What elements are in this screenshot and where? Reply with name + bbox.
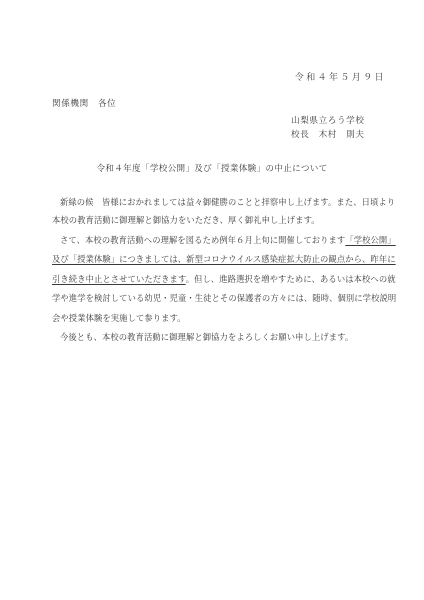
underlined-text: 及び「授業体験」につきましては、新型コロナウイルス感染症拡大防止の観点から、昨年… (52, 254, 396, 264)
document-date: 令和４年５月９日 (295, 73, 386, 84)
sender-organization: 山梨県立ろう学校 (291, 116, 365, 127)
body-line: 会や授業体験を実施して参ります。 (52, 313, 186, 324)
paragraph-text: 学や進学を検討している幼児・児童・生徒とその保護者の方々には、随時、個別に学校説… (52, 293, 396, 303)
body-line: 学や進学を検討している幼児・児童・生徒とその保護者の方々には、随時、個別に学校説… (52, 293, 396, 304)
body-line: 新緑の候 皆様におかれましては益々御健勝のことと拝察申し上げます。また、日頃より (60, 197, 395, 208)
sender-name: 校長 木村 則夫 (291, 130, 365, 141)
underlined-text: 引き続き中止とさせていただきます (52, 274, 186, 284)
recipient-line: 関係機関 各位 (52, 99, 116, 110)
body-line: 今後とも、本校の教育活動に御理解と御協力をよろしくお願い申し上げます。 (60, 332, 353, 343)
paragraph-text: 。但し、進路選択を増やすために、あるいは本校への就 (186, 274, 396, 284)
paragraph-text: 今後とも、本校の教育活動に御理解と御協力をよろしくお願い申し上げます。 (60, 332, 353, 342)
underlined-text: 「学校公開」 (345, 235, 395, 245)
paragraph-text: 本校の教育活動に御理解と御協力をいただき、厚く御礼申し上げます。 (52, 215, 320, 225)
body-line: 本校の教育活動に御理解と御協力をいただき、厚く御礼申し上げます。 (52, 215, 320, 226)
body-line: さて、本校の教育活動への理解を図るため例年６月上旬に開催しております「学校公開」 (60, 235, 396, 246)
document-page: 令和４年５月９日 関係機関 各位 山梨県立ろう学校 校長 木村 則夫 令和４年度… (0, 0, 424, 600)
paragraph-text: 新緑の候 皆様におかれましては益々御健勝のことと拝察申し上げます。また、日頃より (60, 197, 395, 207)
paragraph-text: さて、本校の教育活動への理解を図るため例年６月上旬に開催しております (60, 235, 345, 245)
document-title: 令和４年度「学校公開」及び「授業体験」の中止について (0, 164, 424, 175)
paragraph-text: 会や授業体験を実施して参ります。 (52, 313, 186, 323)
body-line: 引き続き中止とさせていただきます。但し、進路選択を増やすために、あるいは本校への… (52, 274, 396, 285)
body-line: 及び「授業体験」につきましては、新型コロナウイルス感染症拡大防止の観点から、昨年… (52, 254, 396, 265)
